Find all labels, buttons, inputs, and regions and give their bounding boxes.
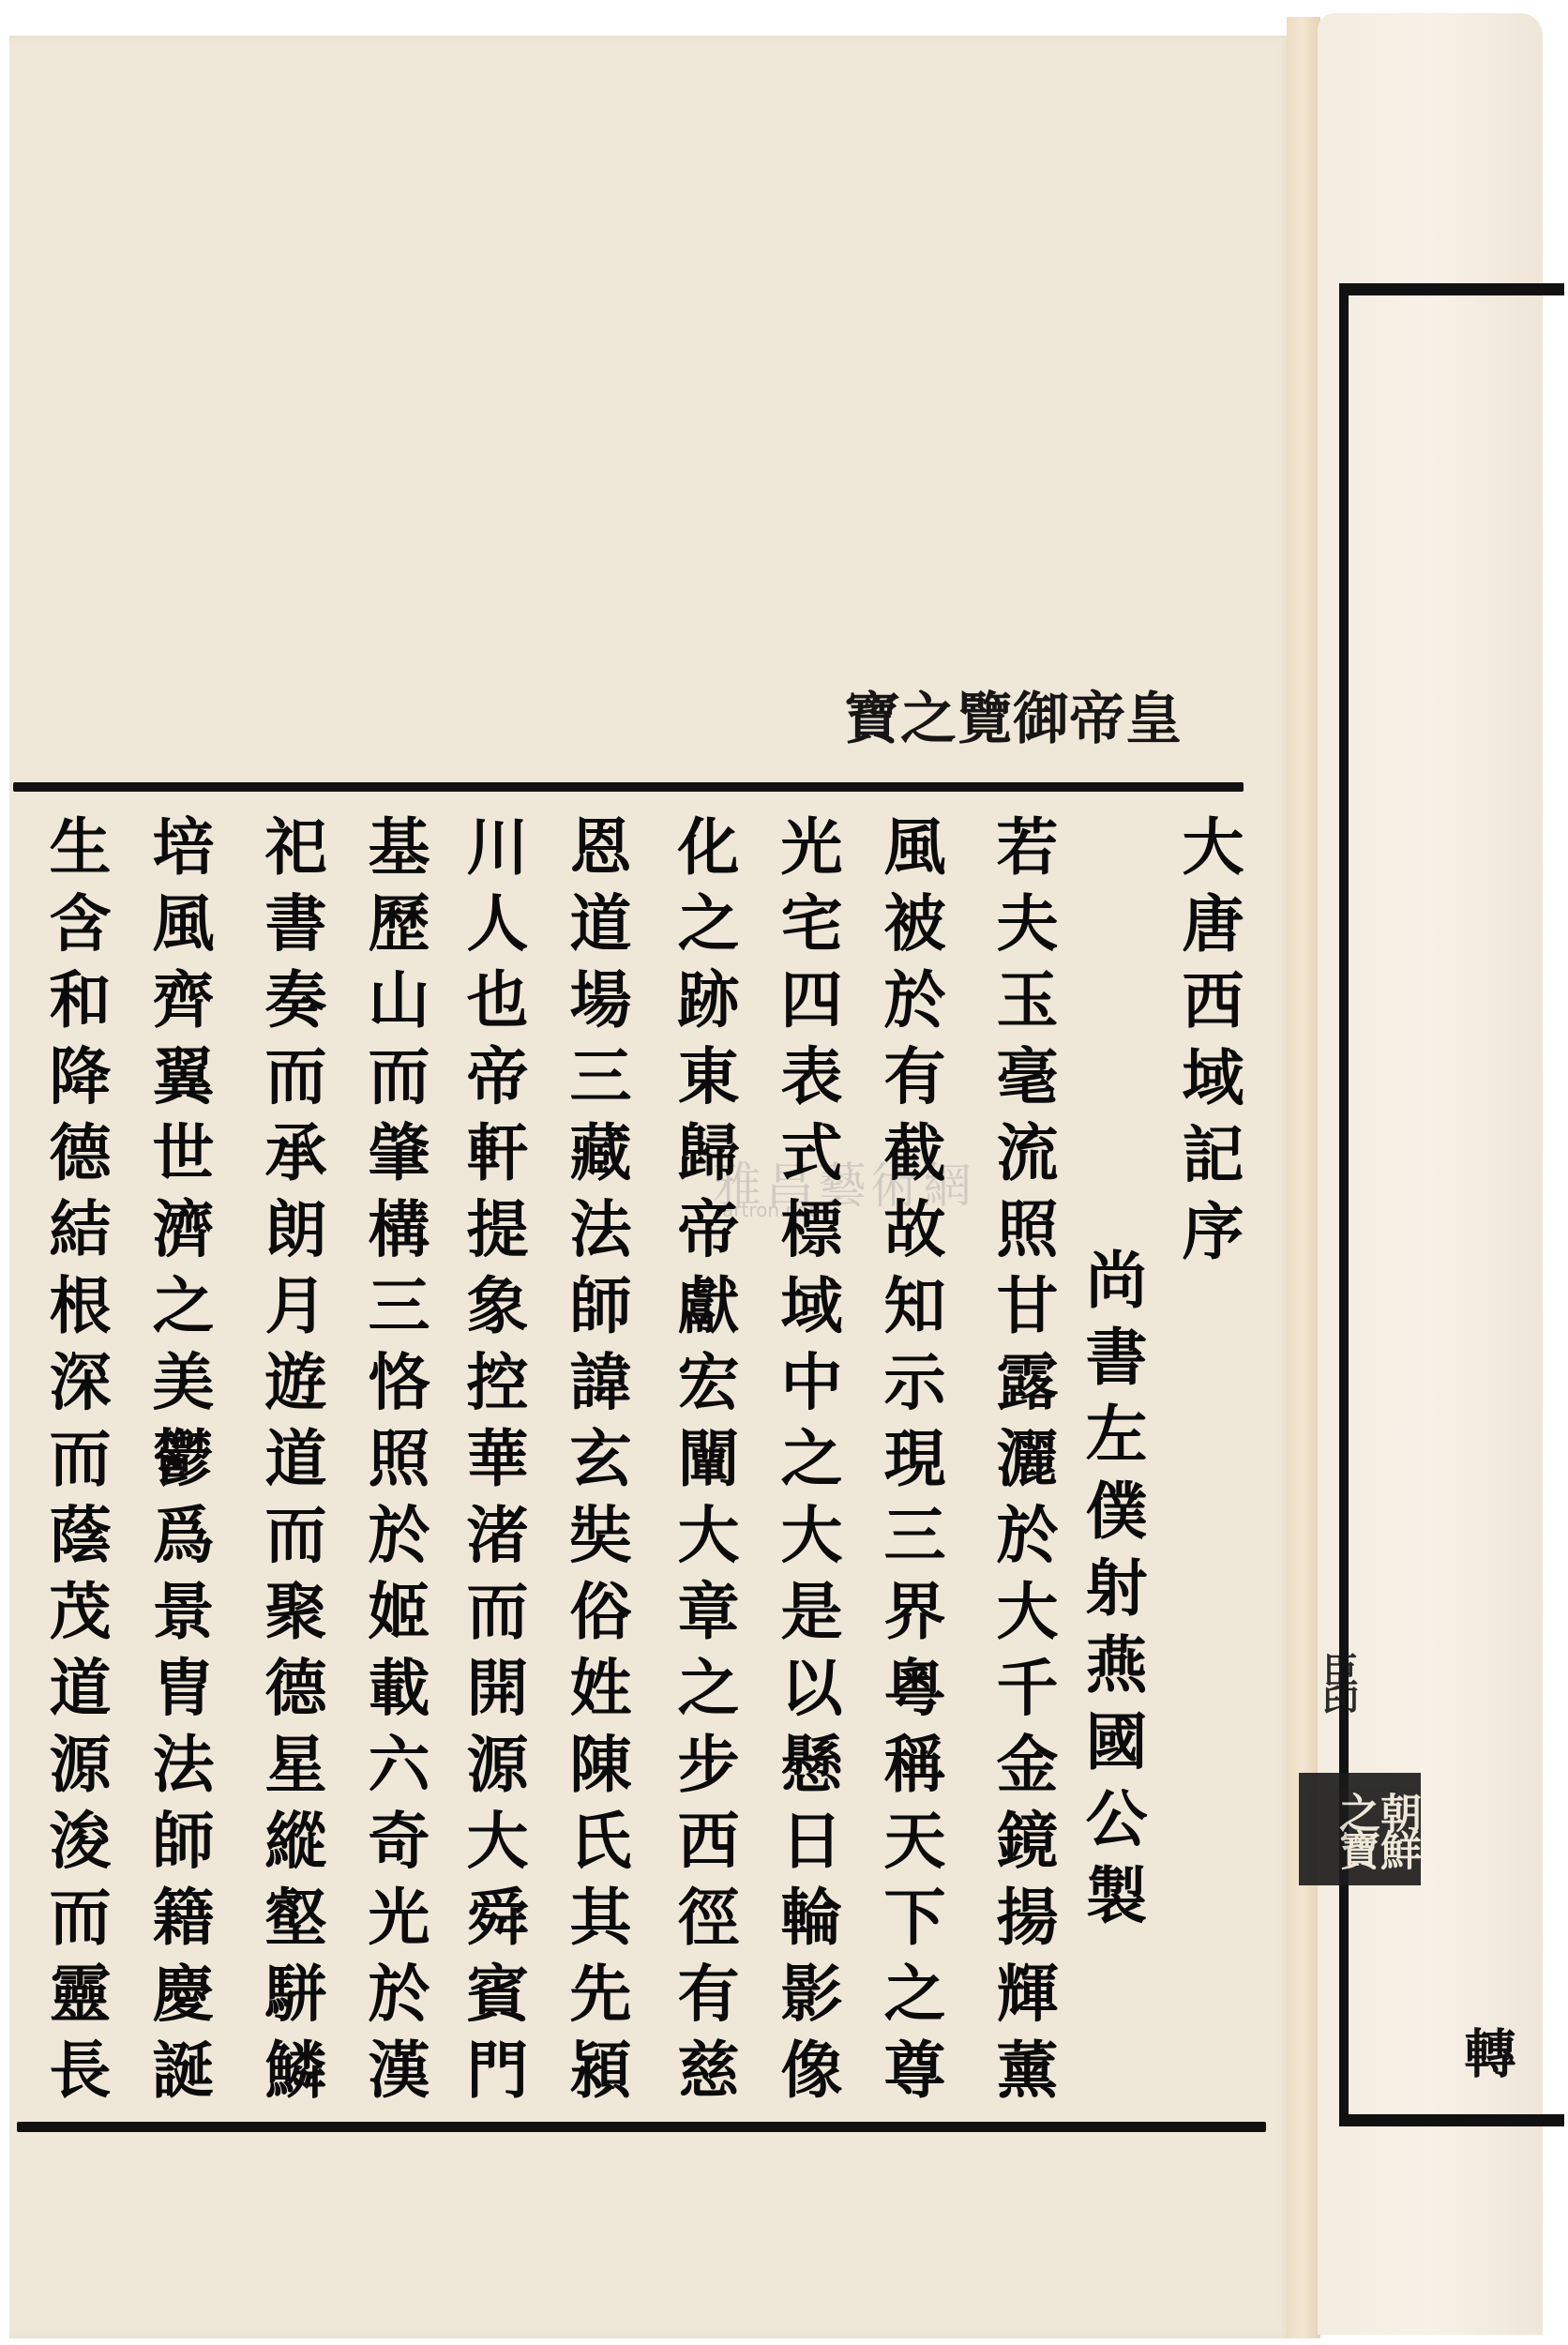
small-seal-stamp-2: 朝鮮之寶 [1299, 1773, 1421, 1885]
author-line: 尚書左僕射燕國公製 [1080, 1248, 1142, 1940]
page-gutter [1287, 17, 1320, 2338]
text-column-8: 祀書奏而承朗月遊道而聚德星縱壑駢鱗 [260, 814, 322, 2114]
catchword: 轉 [1449, 2026, 1524, 2079]
text-column-1: 若夫玉毫流照甘露灑於大千金鏡揚輝薰 [991, 814, 1053, 2114]
bottom-border-rule [17, 2122, 1266, 2132]
text-column-9: 培風齊翼世濟之美鬱爲景胄法師籍慶誕 [147, 814, 209, 2114]
text-column-3: 光宅四表式標域中之大是以懸日輪影像 [776, 814, 837, 2114]
text-column-10: 生含和降德結根深而蔭茂道源浚而靈長 [44, 814, 106, 2114]
text-column-6: 川人也帝軒提象控華渚而開源大舜賓門 [461, 814, 523, 2114]
seal-text: 皇帝御覽之寶 [839, 685, 1177, 743]
seal-text: 朝鮮之寶 [1303, 1777, 1417, 1882]
text-column-4: 化之跡東歸帝獻宏闡大章之步西徑有慈 [672, 814, 734, 2114]
imperial-seal-stamp: 皇帝御覽之寶 [1018, 685, 1177, 863]
text-column-7: 基歷山而肇構三恪照於姬載六奇光於漢 [363, 814, 425, 2114]
text-column-2: 風被於有截故知示現三界粵稱天下之尊 [879, 814, 941, 2114]
seal-text: 臣印 [1257, 1641, 1355, 1726]
document-title: 大唐西域記序 [1177, 814, 1239, 1276]
small-seal-stamp-1: 臣印 [1257, 1641, 1355, 1726]
text-column-5: 恩道場三藏法師諱玄奘俗姓陳氏其先潁 [565, 814, 626, 2114]
